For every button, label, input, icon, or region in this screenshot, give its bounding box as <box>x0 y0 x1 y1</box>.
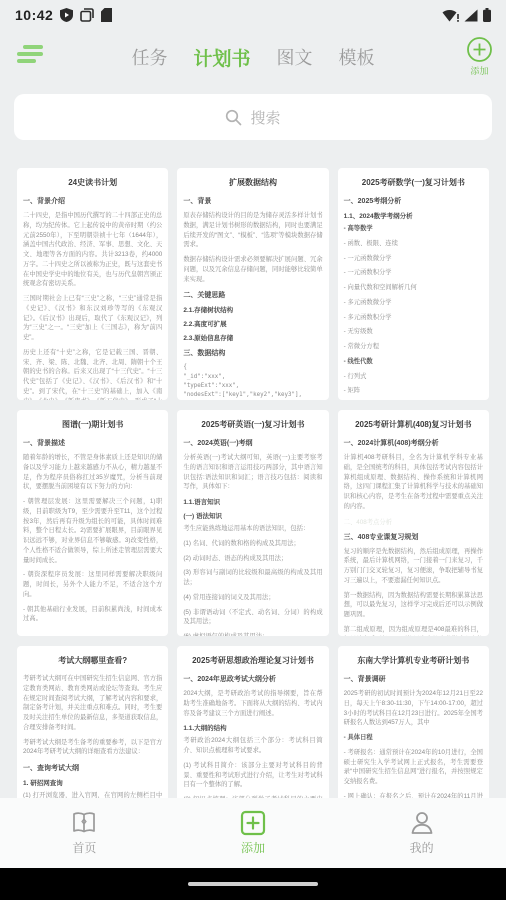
card-block: "typeExt":"xxx", <box>183 382 322 391</box>
search-input[interactable]: 搜索 <box>14 94 492 140</box>
plan-card[interactable]: 2025考研计算机(408)复习计划书 一、2024计算机(408)考纲分析计算… <box>338 410 489 636</box>
card-block: 复习的顺序是先数据结构，然后组成原理，再操作系统，最后计算机网络，一门接着一门来… <box>344 547 483 586</box>
card-block: 一、2024计算机(408)考纲分析 <box>344 438 483 448</box>
search-placeholder: 搜索 <box>250 107 280 128</box>
card-block: - 向量代数和空间解析几何 <box>344 283 483 293</box>
nav-label-mine: 我的 <box>337 839 506 856</box>
shield-play-icon <box>60 8 73 22</box>
card-block: 第二组成原理，因为组成原理是408最难的科目，如果放在后面复习，可能因为大脑疲劳… <box>344 625 483 636</box>
card-block: 考生应能熟练地运用基本的语法知识，包括： <box>183 524 322 534</box>
card-block: - 无穷级数 <box>344 327 483 337</box>
home-indicator[interactable] <box>188 882 318 886</box>
clock: 10:42 <box>15 7 53 23</box>
plus-circle-icon <box>466 36 493 63</box>
tab-graphic[interactable]: 图文 <box>277 44 313 71</box>
card-block: { <box>183 363 322 372</box>
card-block: 2.2.高度可扩展 <box>183 319 322 328</box>
card-block: 2024大纲，是考研政治考试的指导纲要，旨在帮助考生准确地备考。下面将从大纲的结… <box>183 689 322 718</box>
card-title: 2025考研数学(一)复习计划书 <box>344 177 483 188</box>
nav-label-home: 首页 <box>0 839 169 856</box>
card-body: 一、2024计算机(408)考纲分析计算机408考研科目，全名为计算机学科专业基… <box>344 438 483 636</box>
card-block: (1) 名词、代词的数和格的构成及其用法； <box>183 539 322 549</box>
plan-card[interactable]: 2025考研英语(一)复习计划书 一、2024英语(一)考纲分析英语(一)考试大… <box>177 410 328 636</box>
card-block: 数据存储结构设计需求必须要解决扩展问题、冗余问题，以及冗余信息存储问题，同时能够… <box>183 255 322 284</box>
battery-icon <box>483 8 491 22</box>
card-block: - 多元函数微分学 <box>344 298 483 308</box>
header: 任务 计划书 图文 模板 添加 <box>0 30 506 82</box>
bottom-nav: 首页 添加 我的 <box>0 798 506 868</box>
card-body: 一、背景调研2025考研的初试时间预计为2024年12月21日至22日，每天上午… <box>344 674 483 802</box>
card-title: 2025考研思想政治理论复习计划书 <box>183 655 322 666</box>
overlap-windows-icon <box>80 8 94 22</box>
add-square-icon <box>169 810 338 836</box>
wifi-alert-icon <box>442 9 459 22</box>
card-block: (2) 动词时态、语态的构成及其用法； <box>183 554 322 564</box>
card-body: 考研考试大纲可在中国研究生招生信息网、官方指定教育类网站、教育类网站或论坛等查询… <box>23 674 162 802</box>
card-block: 二十四史，是指中国历代撰写的二十四部正史的总称，均为纪传体。它上起传说中的黄帝时… <box>23 211 162 289</box>
card-block: - 多元函数积分学 <box>344 313 483 323</box>
card-body: 一、背景介绍二十四史，是指中国历代撰写的二十四部正史的总称，均为纪传体。它上起传… <box>23 196 162 400</box>
tab-template[interactable]: 模板 <box>339 44 375 71</box>
app-screen: 10:42 任务 计划书 图文 模板 <box>0 0 506 900</box>
card-block: 1.1、2024数学考纲分析 <box>344 211 483 220</box>
card-block: 1.1.语言知识 <box>183 497 322 506</box>
card-block: 1. 研招网查询 <box>23 778 162 787</box>
card-block: (5) 非谓语动词（不定式、动名词、分词）的构成及其用法； <box>183 608 322 628</box>
nav-item-mine[interactable]: 我的 <box>337 810 506 856</box>
card-block: - 常微分方程 <box>344 342 483 352</box>
card-block: (一) 语法知识 <box>183 511 322 520</box>
card-block: 历史上还有“十史”之称，它是记载三国、晋朝、宋、齐、梁、陈、北魏、北齐、北周、隋… <box>23 348 162 400</box>
card-block: 三、408专业课复习规划 <box>344 532 483 542</box>
plan-card[interactable]: 24史读书计划 一、背景介绍二十四史，是指中国历代撰写的二十四部正史的总称，均为… <box>17 168 168 400</box>
card-title: 考试大纲哪里查看? <box>23 655 162 666</box>
card-block: 计算机408考研科目，全名为计算机学科专业基础，是全国统考的科目，具体包括考试内… <box>344 453 483 512</box>
card-block: - 行列式 <box>344 372 483 382</box>
nav-item-home[interactable]: 首页 <box>0 810 169 856</box>
tab-tasks[interactable]: 任务 <box>131 44 167 71</box>
card-block: - 一元函数微分学 <box>344 254 483 264</box>
card-block: 一、背景描述 <box>23 438 162 448</box>
card-title: 扩展数据结构 <box>183 177 322 188</box>
card-block: 考研政治2024大纲包括三个部分：考试科目简介、知识点梳理和考试要求。 <box>183 736 322 756</box>
card-block: 考研考试大纲是考生备考的重要参考，以下是官方2024年考研考试大纲的详细查看方法… <box>23 738 162 758</box>
add-button[interactable]: 添加 <box>466 36 493 77</box>
card-body: 一、背景原表存储结构设计的目的是为储存灵活多样计划书数据，满足计划书树形的数据结… <box>183 196 322 400</box>
card-block: (1) 考试科目简介：该部分主要对考试科目的背景、重要性和考试形式进行介绍，让考… <box>183 761 322 790</box>
card-block: 一、查询考试大纲 <box>23 763 162 773</box>
card-block: 2025考研的初试时间预计为2024年12月21日至22日，每天上午8:30-1… <box>344 689 483 728</box>
card-block: - 高等数学 <box>344 224 483 234</box>
card-block: (3) 形容词与副词的比较级和最高级的构成及其用法； <box>183 568 322 588</box>
card-block: - 函数、极限、连续 <box>344 239 483 249</box>
add-button-label: 添加 <box>466 64 493 77</box>
status-bar: 10:42 <box>0 0 506 30</box>
nav-label-add: 添加 <box>169 839 338 856</box>
card-block: - 一元函数积分学 <box>344 268 483 278</box>
card-block: "_id":"xxx", <box>183 373 322 382</box>
plan-card[interactable]: 扩展数据结构 一、背景原表存储结构设计的目的是为储存灵活多样计划书数据，满足计划… <box>177 168 328 400</box>
plan-card[interactable]: 图谱(一)期计划书 一、背景描述随着年龄的增长，不管是身体素质上还是知识的储备以… <box>17 410 168 636</box>
card-block: 一、背景调研 <box>344 674 483 684</box>
card-block: "nodesExt":["key1","key2","key3"], <box>183 391 322 400</box>
card-block: (4) 常用连接词的词义及其用法； <box>183 593 322 603</box>
card-block: 三国时期社会上已有“三史”之称，“三史”通常是指《史记》、《汉书》和东汉刘珍等写… <box>23 294 162 343</box>
card-block: 二、关键思路 <box>183 290 322 300</box>
card-block: 2.1.存储树状结构 <box>183 305 322 314</box>
search-icon <box>225 109 242 126</box>
card-block: 考研考试大纲可在中国研究生招生信息网、官方指定教育类网站、教育类网站或论坛等查询… <box>23 674 162 733</box>
card-block: 分析英语(一)考试大纲可知，英语(一)主要考察考生的语言知识和语言运用技巧两部分… <box>183 453 322 492</box>
person-icon <box>337 810 506 836</box>
card-block: 一、2024年思政考试大纲分析 <box>183 674 322 684</box>
card-block: - 线性代数 <box>344 357 483 367</box>
card-block: 第一数据结构，因为数据结构需要长期积累算法思想，可以最先复习，这样学习完成后还可… <box>344 591 483 620</box>
card-block: 随着年龄的增长，不管是身体素质上还是知识的储备以及学习能力上越来越感力不从心，精… <box>23 453 162 492</box>
tab-planbook[interactable]: 计划书 <box>193 44 250 71</box>
cards-grid: 24史读书计划 一、背景介绍二十四史，是指中国历代撰写的二十四部正史的总称，均为… <box>17 168 489 802</box>
card-block: 一、背景 <box>183 196 322 206</box>
card-block: (6) 虚拟语气的构成及其用法； <box>183 632 322 636</box>
card-title: 24史读书计划 <box>23 177 162 188</box>
card-block: 三、数据结构 <box>183 348 322 358</box>
card-body: 一、2024英语(一)考纲分析英语(一)考试大纲可知，英语(一)主要考察考生的语… <box>183 438 322 636</box>
card-block: - 朝资深程序员发展：这里同样需要解决职级问题，时间长，另外个人能力不足，不适合… <box>23 570 162 599</box>
nav-item-add[interactable]: 添加 <box>169 810 338 856</box>
card-title: 东南大学计算机专业考研计划书 <box>344 655 483 666</box>
card-block: 一、2024英语(一)考纲 <box>183 438 322 448</box>
card-block: 1.1.大纲的结构 <box>183 723 322 732</box>
card-block: 原表存储结构设计的目的是为储存灵活多样计划书数据，满足计划书树形的数据结构，同时… <box>183 211 322 250</box>
card-block: - 考研报名：通常预计在2024年的10月进行，全国硕士研究生入学考试网上正式报… <box>344 748 483 787</box>
card-body: 一、2024年思政考试大纲分析2024大纲，是考研政治考试的指导纲要，旨在帮助考… <box>183 674 322 802</box>
sd-card-icon <box>101 8 112 22</box>
card-body: 一、2025考纲分析1.1、2024数学考纲分析- 高等数学- 函数、极限、连续… <box>344 196 483 396</box>
menu-icon[interactable] <box>17 45 45 67</box>
card-block: - 矩阵 <box>344 386 483 396</box>
card-title: 2025考研英语(一)复习计划书 <box>183 419 322 430</box>
card-block: - 朝其他基础行业发展，目前积累尚浅，时间成本过高。 <box>23 605 162 625</box>
book-icon <box>0 810 169 836</box>
card-body: 一、背景描述随着年龄的增长，不管是身体素质上还是知识的储备以及学习能力上越来越感… <box>23 438 162 624</box>
card-block: 2.3.原始信息存储 <box>183 333 322 342</box>
card-block: 一、背景介绍 <box>23 196 162 206</box>
card-title: 图谱(一)期计划书 <box>23 419 162 430</box>
card-block: - 朝管理层发展：这里需要解决三个问题，1)职级，目前职级为T9，至少需要升至T… <box>23 497 162 565</box>
card-block: 二、408考点分析 <box>344 517 483 526</box>
signal-icon <box>464 9 478 22</box>
gesture-bar <box>0 868 506 900</box>
tab-bar: 任务 计划书 图文 模板 <box>0 30 506 71</box>
plan-card[interactable]: 2025考研思想政治理论复习计划书 一、2024年思政考试大纲分析2024大纲，… <box>177 646 328 802</box>
plan-card[interactable]: 2025考研数学(一)复习计划书 一、2025考纲分析1.1、2024数学考纲分… <box>338 168 489 400</box>
card-block: 一、2025考纲分析 <box>344 196 483 206</box>
plan-card[interactable]: 考试大纲哪里查看? 考研考试大纲可在中国研究生招生信息网、官方指定教育类网站、教… <box>17 646 168 802</box>
card-block: - 具体日程 <box>344 733 483 743</box>
card-title: 2025考研计算机(408)复习计划书 <box>344 419 483 430</box>
plan-card[interactable]: 东南大学计算机专业考研计划书 一、背景调研2025考研的初试时间预计为2024年… <box>338 646 489 802</box>
